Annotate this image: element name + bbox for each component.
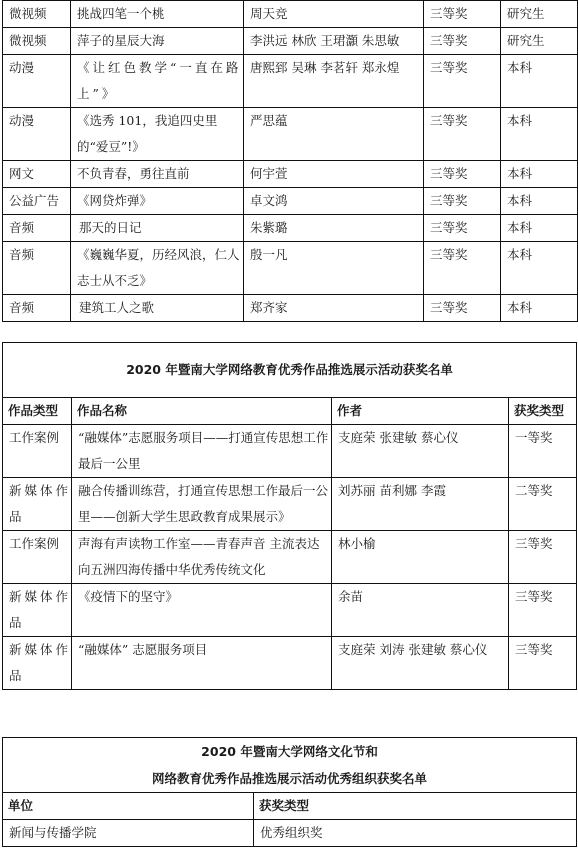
table-row: 动漫 《选秀 101，我追四史里的“爱豆”!》 严思蕴 三等奖 本科 — [3, 108, 578, 161]
category-cell: 新媒体作品 — [3, 478, 72, 531]
title-cell: 萍子的星辰大海 — [71, 28, 244, 55]
award-cell: 三等奖 — [424, 55, 501, 108]
award-cell: 三等奖 — [509, 531, 577, 584]
title-cell: 声海有声读物工作室——青春声音 主流表达 向五洲四海传播中华优秀传统文化 — [72, 531, 332, 584]
award-cell: 三等奖 — [424, 215, 501, 242]
header-category: 作品类型 — [3, 398, 72, 425]
table-title: 2020 年暨南大学网络文化节和 网络教育优秀作品推选展示活动优秀组织获奖名单 — [3, 738, 577, 793]
authors-cell: 余苗 — [332, 584, 509, 637]
table-row: 工作案例 声海有声读物工作室——青春声音 主流表达 向五洲四海传播中华优秀传统文… — [3, 531, 577, 584]
authors-cell: 卓文鸿 — [244, 188, 424, 215]
category-cell: 新媒体作品 — [3, 584, 72, 637]
table-row: 新闻与传播学院 优秀组织奖 — [3, 820, 577, 847]
title-cell: 融合传播训练营，打通宣传思想工作最后一公里——创新大学生思政教育成果展示》 — [72, 478, 332, 531]
unit-cell: 新闻与传播学院 — [3, 820, 254, 847]
authors-cell: 支庭荣 刘涛 张建敏 蔡心仪 — [332, 637, 509, 690]
table-row: 新媒体作品 “融媒体” 志愿服务项目 支庭荣 刘涛 张建敏 蔡心仪 三等奖 — [3, 637, 577, 690]
category-cell: 动漫 — [3, 108, 71, 161]
category-cell: 公益广告 — [3, 188, 71, 215]
table-title-line-2: 网络教育优秀作品推选展示活动优秀组织获奖名单 — [3, 765, 576, 792]
header-authors: 作者 — [332, 398, 509, 425]
title-cell: 《选秀 101，我追四史里的“爱豆”!》 — [71, 108, 244, 161]
table-title-row: 2020 年暨南大学网络教育优秀作品推选展示活动获奖名单 — [3, 343, 577, 398]
award-cell: 三等奖 — [424, 188, 501, 215]
authors-cell: 殷一凡 — [244, 242, 424, 295]
category-cell: 音频 — [3, 215, 71, 242]
title-cell: 《网贷炸弹》 — [71, 188, 244, 215]
award-cell: 三等奖 — [509, 584, 577, 637]
award-cell: 三等奖 — [424, 108, 501, 161]
authors-cell: 何宇萱 — [244, 161, 424, 188]
award-cell: 一等奖 — [509, 425, 577, 478]
level-cell: 本科 — [501, 215, 578, 242]
authors-cell: 林小榆 — [332, 531, 509, 584]
level-cell: 研究生 — [501, 28, 578, 55]
award-cell: 三等奖 — [424, 1, 501, 28]
title-cell: 《疫情下的坚守》 — [72, 584, 332, 637]
level-cell: 本科 — [501, 188, 578, 215]
title-cell: 那天的日记 — [71, 215, 244, 242]
authors-cell: 支庭荣 张建敏 蔡心仪 — [332, 425, 509, 478]
award-cell: 三等奖 — [424, 295, 501, 322]
category-cell: 新媒体作品 — [3, 637, 72, 690]
table-row: 音频 建筑工人之歌 郑齐家 三等奖 本科 — [3, 295, 578, 322]
table-title-line-1: 2020 年暨南大学网络文化节和 — [3, 738, 576, 765]
category-cell: 微视频 — [3, 1, 71, 28]
online-education-award-table: 2020 年暨南大学网络教育优秀作品推选展示活动获奖名单 作品类型 作品名称 作… — [2, 342, 577, 690]
level-cell: 本科 — [501, 242, 578, 295]
category-cell: 微视频 — [3, 28, 71, 55]
category-cell: 音频 — [3, 295, 71, 322]
table-row: 网文 不负青春，勇往直前 何宇萱 三等奖 本科 — [3, 161, 578, 188]
award-cell: 三等奖 — [424, 28, 501, 55]
authors-cell: 严思蕴 — [244, 108, 424, 161]
level-cell: 本科 — [501, 108, 578, 161]
category-cell: 工作案例 — [3, 531, 72, 584]
authors-cell: 刘苏丽 苗利娜 李霞 — [332, 478, 509, 531]
award-cell: 三等奖 — [509, 637, 577, 690]
table-row: 公益广告 《网贷炸弹》 卓文鸿 三等奖 本科 — [3, 188, 578, 215]
table-row: 工作案例 “融媒体”志愿服务项目——打通宣传思想工作最后一公里 支庭荣 张建敏 … — [3, 425, 577, 478]
table-title-row: 2020 年暨南大学网络文化节和 网络教育优秀作品推选展示活动优秀组织获奖名单 — [3, 738, 577, 793]
header-award: 获奖类型 — [509, 398, 577, 425]
table-row: 微视频 挑战四笔一个桃 周天竞 三等奖 研究生 — [3, 1, 578, 28]
table-row: 微视频 萍子的星辰大海 李洪远 林欣 王珺灝 朱思敏 三等奖 研究生 — [3, 28, 578, 55]
authors-cell: 朱紫璐 — [244, 215, 424, 242]
category-cell: 音频 — [3, 242, 71, 295]
title-cell: “融媒体”志愿服务项目——打通宣传思想工作最后一公里 — [72, 425, 332, 478]
table-header-row: 单位 获奖类型 — [3, 793, 577, 820]
title-cell: 挑战四笔一个桃 — [71, 1, 244, 28]
table-row: 音频 那天的日记 朱紫璐 三等奖 本科 — [3, 215, 578, 242]
title-cell: 《让红色教学“一直在路上”》 — [71, 55, 244, 108]
table-row: 新媒体作品 融合传播训练营，打通宣传思想工作最后一公里——创新大学生思政教育成果… — [3, 478, 577, 531]
level-cell: 本科 — [501, 55, 578, 108]
organization-award-table: 2020 年暨南大学网络文化节和 网络教育优秀作品推选展示活动优秀组织获奖名单 … — [2, 737, 577, 847]
header-unit: 单位 — [3, 793, 254, 820]
authors-cell: 李洪远 林欣 王珺灝 朱思敏 — [244, 28, 424, 55]
title-cell: “融媒体” 志愿服务项目 — [72, 637, 332, 690]
level-cell: 研究生 — [501, 1, 578, 28]
table-row: 音频 《巍巍华夏，历经风浪，仁人志士从不乏》 殷一凡 三等奖 本科 — [3, 242, 578, 295]
award-cell: 优秀组织奖 — [254, 820, 577, 847]
authors-cell: 郑齐家 — [244, 295, 424, 322]
authors-cell: 周天竞 — [244, 1, 424, 28]
authors-cell: 唐熙郅 吴琳 李茗轩 郑永煌 — [244, 55, 424, 108]
award-cell: 三等奖 — [424, 161, 501, 188]
title-cell: 不负青春，勇往直前 — [71, 161, 244, 188]
table-row: 动漫 《让红色教学“一直在路上”》 唐熙郅 吴琳 李茗轩 郑永煌 三等奖 本科 — [3, 55, 578, 108]
header-title: 作品名称 — [72, 398, 332, 425]
header-award: 获奖类型 — [254, 793, 577, 820]
table-header-row: 作品类型 作品名称 作者 获奖类型 — [3, 398, 577, 425]
award-table-continued: 微视频 挑战四笔一个桃 周天竞 三等奖 研究生 微视频 萍子的星辰大海 李洪远 … — [2, 0, 578, 322]
level-cell: 本科 — [501, 295, 578, 322]
award-cell: 三等奖 — [424, 242, 501, 295]
table-row: 新媒体作品 《疫情下的坚守》 余苗 三等奖 — [3, 584, 577, 637]
category-cell: 网文 — [3, 161, 71, 188]
level-cell: 本科 — [501, 161, 578, 188]
table-title: 2020 年暨南大学网络教育优秀作品推选展示活动获奖名单 — [3, 343, 577, 398]
title-cell: 建筑工人之歌 — [71, 295, 244, 322]
title-cell: 《巍巍华夏，历经风浪，仁人志士从不乏》 — [71, 242, 244, 295]
category-cell: 工作案例 — [3, 425, 72, 478]
category-cell: 动漫 — [3, 55, 71, 108]
award-cell: 二等奖 — [509, 478, 577, 531]
